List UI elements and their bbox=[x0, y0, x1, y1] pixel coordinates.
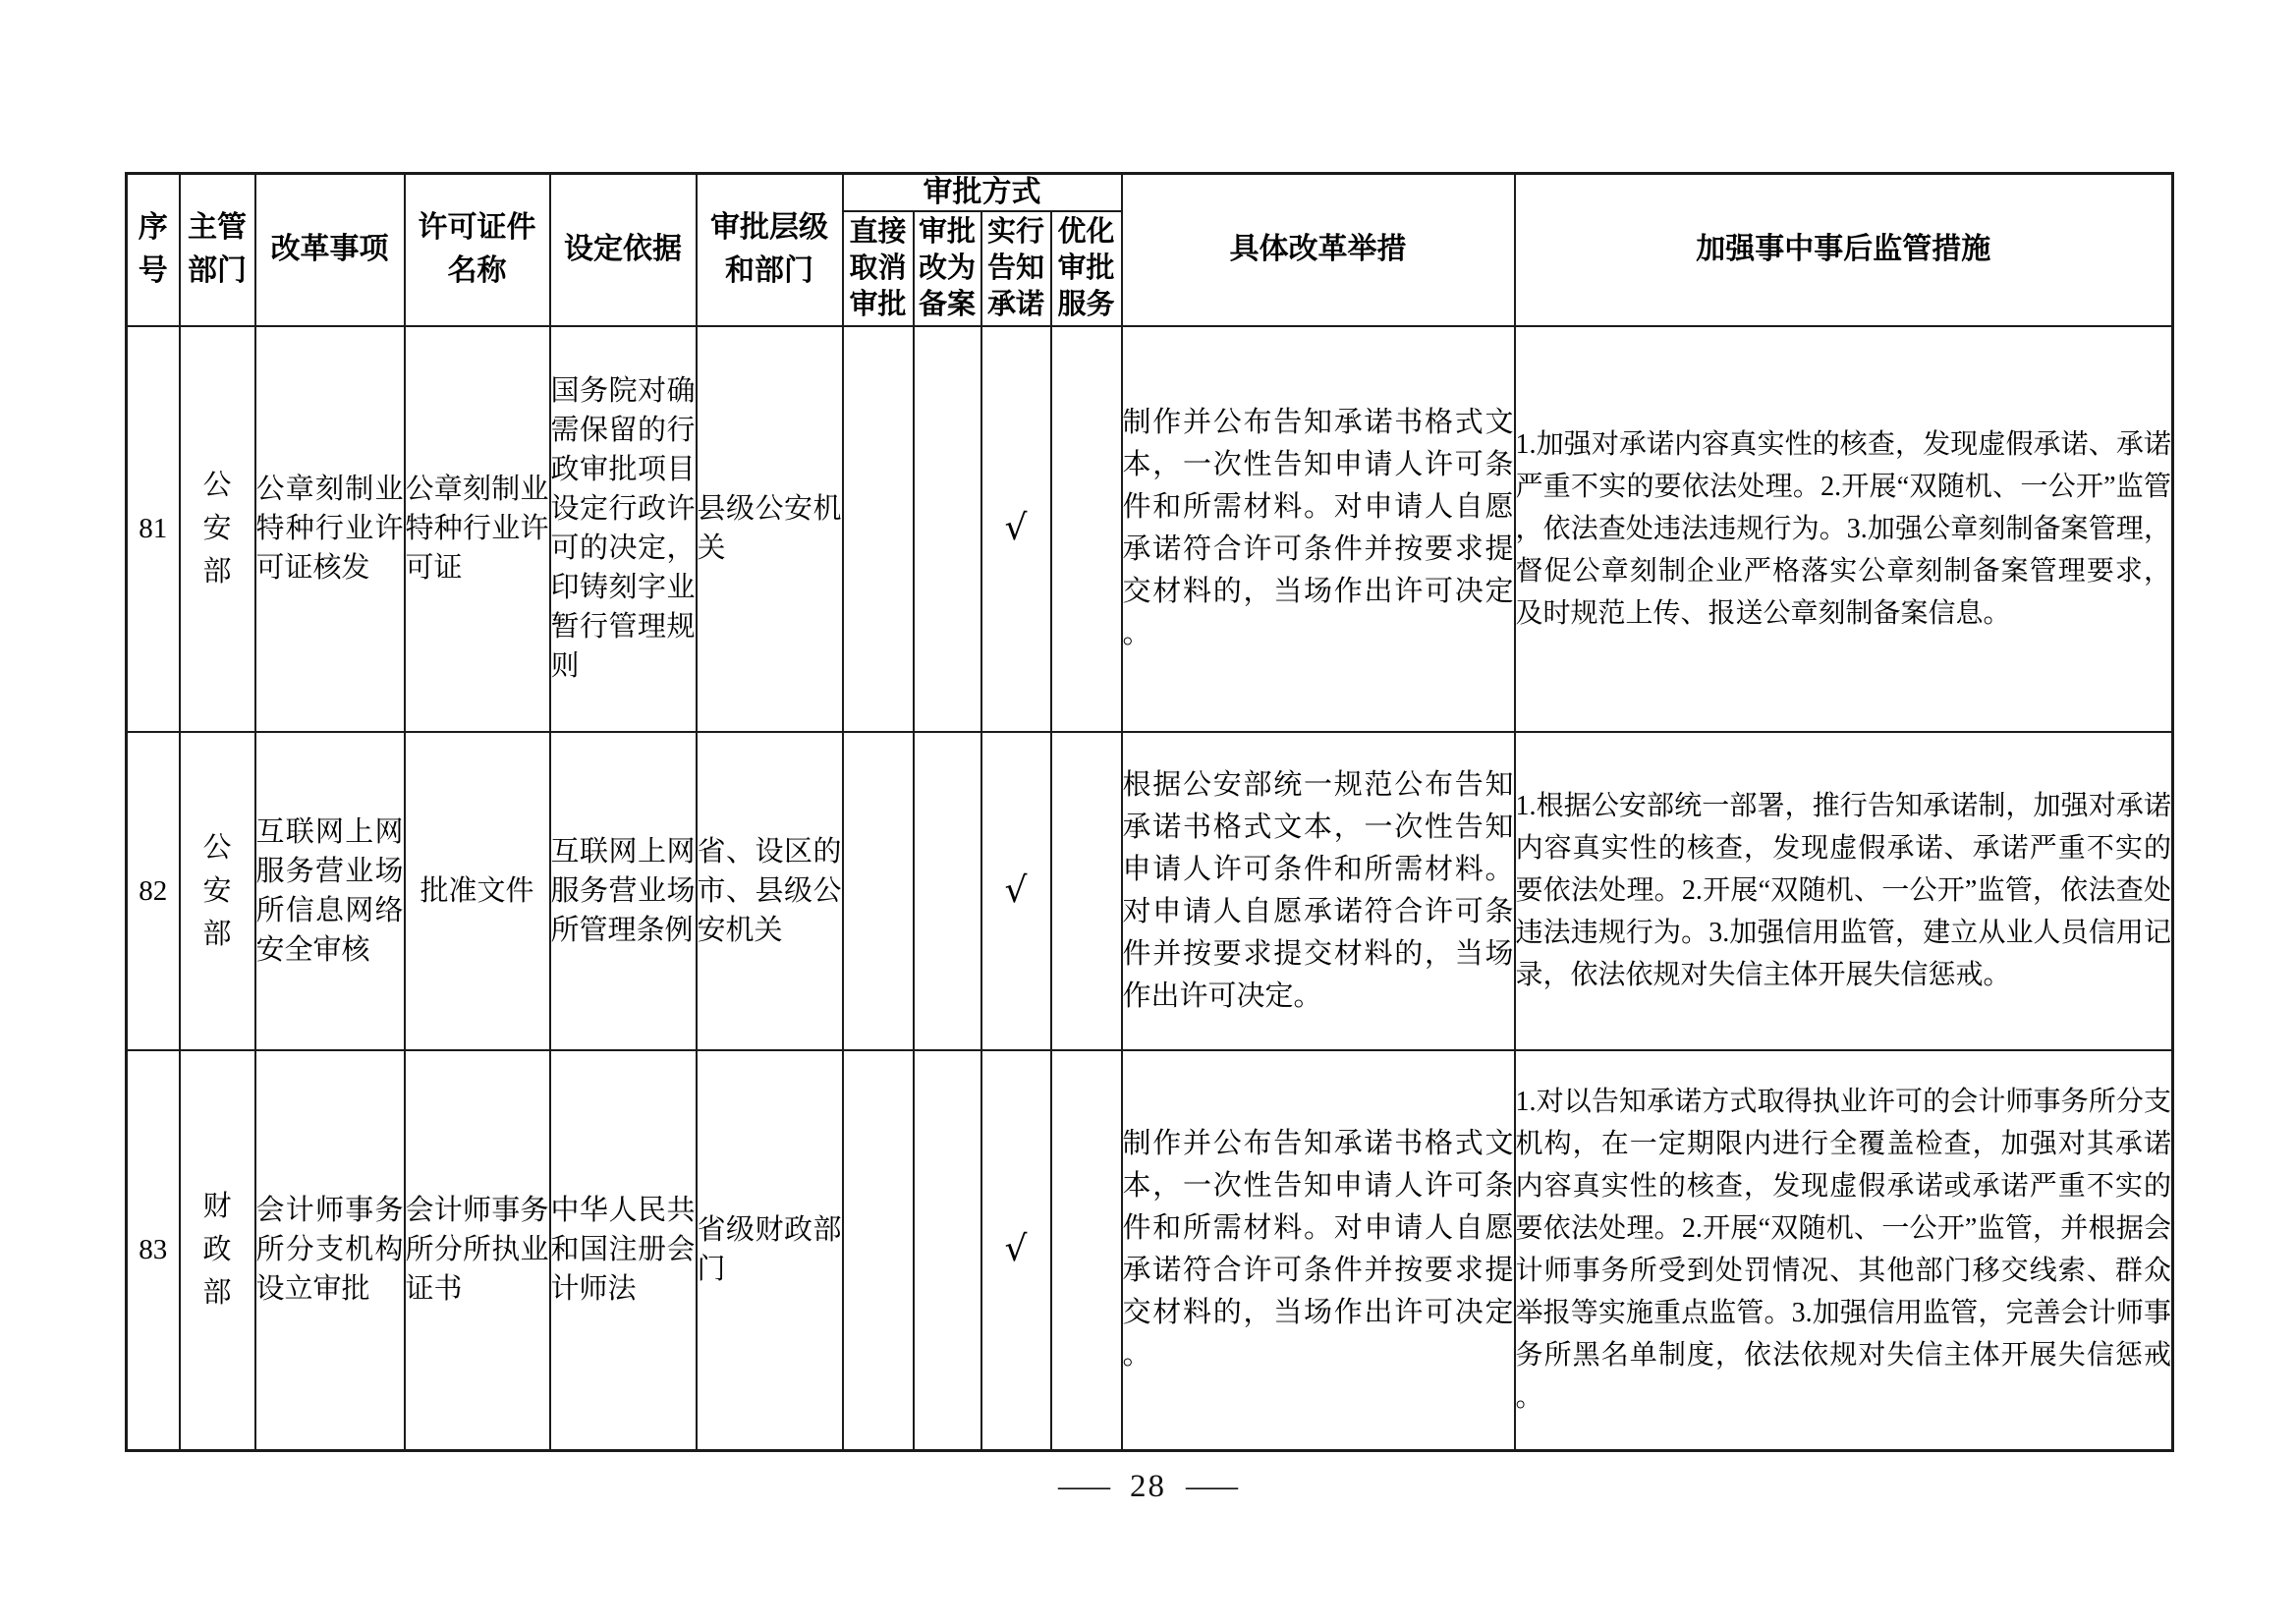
cell-change-to-filing bbox=[914, 326, 981, 732]
header-department: 主管部门 bbox=[180, 174, 255, 326]
cell-legal-basis: 国务院对确需保留的行政审批项目设定行政许可的决定，印铸刻字业暂行管理规则 bbox=[550, 326, 697, 732]
table-row-82: 82 公安部 互联网上网服务营业场所信息网络安全审核 批准文件 互联网上网服务营… bbox=[127, 732, 2173, 1050]
cell-reform-measures: 制作并公布告知承诺书格式文本，一次性告知申请人许可条件和所需材料。对申请人自愿承… bbox=[1122, 326, 1515, 732]
cell-reform-measures: 根据公安部统一规范公布告知承诺书格式文本，一次性告知申请人许可条件和所需材料。对… bbox=[1122, 732, 1515, 1050]
cell-change-to-filing bbox=[914, 732, 981, 1050]
cell-approval-level: 省、设区的市、县级公安机关 bbox=[697, 732, 843, 1050]
header-license-name: 许可证件名称 bbox=[405, 174, 550, 326]
cell-optimize-service bbox=[1051, 326, 1122, 732]
cell-supervision-measures: 1.加强对承诺内容真实性的核查，发现虚假承诺、承诺严重不实的要依法处理。2.开展… bbox=[1515, 326, 2173, 732]
cell-legal-basis: 互联网上网服务营业场所管理条例 bbox=[550, 732, 697, 1050]
header-approval-level: 审批层级和部门 bbox=[697, 174, 843, 326]
cell-index: 81 bbox=[127, 326, 180, 732]
cell-department: 财政部 bbox=[180, 1050, 255, 1451]
cell-direct-cancel bbox=[843, 326, 914, 732]
cell-optimize-service bbox=[1051, 1050, 1122, 1451]
cell-optimize-service bbox=[1051, 732, 1122, 1050]
approval-reform-table: 序号 主管部门 改革事项 许可证件名称 设定依据 审批层级和部门 审批方式 具体… bbox=[125, 172, 2174, 1452]
department-label: 财政部 bbox=[202, 1185, 232, 1315]
cell-license-name: 会计师事务所分所执业证书 bbox=[405, 1050, 550, 1451]
header-reform-measures: 具体改革举措 bbox=[1122, 174, 1515, 326]
header-change-to-filing: 审批改为备案 bbox=[914, 211, 981, 326]
header-direct-cancel: 直接取消审批 bbox=[843, 211, 914, 326]
header-legal-basis: 设定依据 bbox=[550, 174, 697, 326]
page-number-dash-left: — bbox=[1058, 1467, 1110, 1506]
cell-notification-commitment-checkmark: √ bbox=[981, 326, 1051, 732]
header-supervision-measures: 加强事中事后监管措施 bbox=[1515, 174, 2173, 326]
cell-direct-cancel bbox=[843, 1050, 914, 1451]
cell-supervision-measures: 1.对以告知承诺方式取得执业许可的会计师事务所分支机构，在一定期限内进行全覆盖检… bbox=[1515, 1050, 2173, 1451]
cell-license-name: 公章刻制业特种行业许可证 bbox=[405, 326, 550, 732]
table-row-83: 83 财政部 会计师事务所分支机构设立审批 会计师事务所分所执业证书 中华人民共… bbox=[127, 1050, 2173, 1451]
cell-notification-commitment-checkmark: √ bbox=[981, 1050, 1051, 1451]
cell-reform-item: 互联网上网服务营业场所信息网络安全审核 bbox=[255, 732, 405, 1050]
cell-department: 公安部 bbox=[180, 326, 255, 732]
cell-index: 83 bbox=[127, 1050, 180, 1451]
header-notification-commitment: 实行告知承诺 bbox=[981, 211, 1051, 326]
cell-index: 82 bbox=[127, 732, 180, 1050]
cell-approval-level: 县级公安机关 bbox=[697, 326, 843, 732]
cell-license-name: 批准文件 bbox=[405, 732, 550, 1050]
header-reform-item: 改革事项 bbox=[255, 174, 405, 326]
department-label: 公安部 bbox=[202, 464, 232, 593]
header-row-top: 序号 主管部门 改革事项 许可证件名称 设定依据 审批层级和部门 审批方式 具体… bbox=[127, 174, 2173, 211]
header-optimize-service: 优化审批服务 bbox=[1051, 211, 1122, 326]
cell-reform-measures: 制作并公布告知承诺书格式文本，一次性告知申请人许可条件和所需材料。对申请人自愿承… bbox=[1122, 1050, 1515, 1451]
cell-reform-item: 会计师事务所分支机构设立审批 bbox=[255, 1050, 405, 1451]
table-row-81: 81 公安部 公章刻制业特种行业许可证核发 公章刻制业特种行业许可证 国务院对确… bbox=[127, 326, 2173, 732]
cell-approval-level: 省级财政部门 bbox=[697, 1050, 843, 1451]
cell-direct-cancel bbox=[843, 732, 914, 1050]
page-number: —28— bbox=[0, 1467, 2296, 1506]
cell-reform-item: 公章刻制业特种行业许可证核发 bbox=[255, 326, 405, 732]
department-label: 公安部 bbox=[202, 826, 232, 956]
document-page: 序号 主管部门 改革事项 许可证件名称 设定依据 审批层级和部门 审批方式 具体… bbox=[0, 0, 2296, 1624]
page-number-value: 28 bbox=[1130, 1467, 1166, 1506]
cell-department: 公安部 bbox=[180, 732, 255, 1050]
cell-notification-commitment-checkmark: √ bbox=[981, 732, 1051, 1050]
header-index: 序号 bbox=[127, 174, 180, 326]
cell-supervision-measures: 1.根据公安部统一部署，推行告知承诺制，加强对承诺内容真实性的核查，发现虚假承诺… bbox=[1515, 732, 2173, 1050]
cell-legal-basis: 中华人民共和国注册会计师法 bbox=[550, 1050, 697, 1451]
cell-change-to-filing bbox=[914, 1050, 981, 1451]
page-number-dash-right: — bbox=[1186, 1467, 1238, 1506]
header-approval-method: 审批方式 bbox=[843, 174, 1122, 211]
